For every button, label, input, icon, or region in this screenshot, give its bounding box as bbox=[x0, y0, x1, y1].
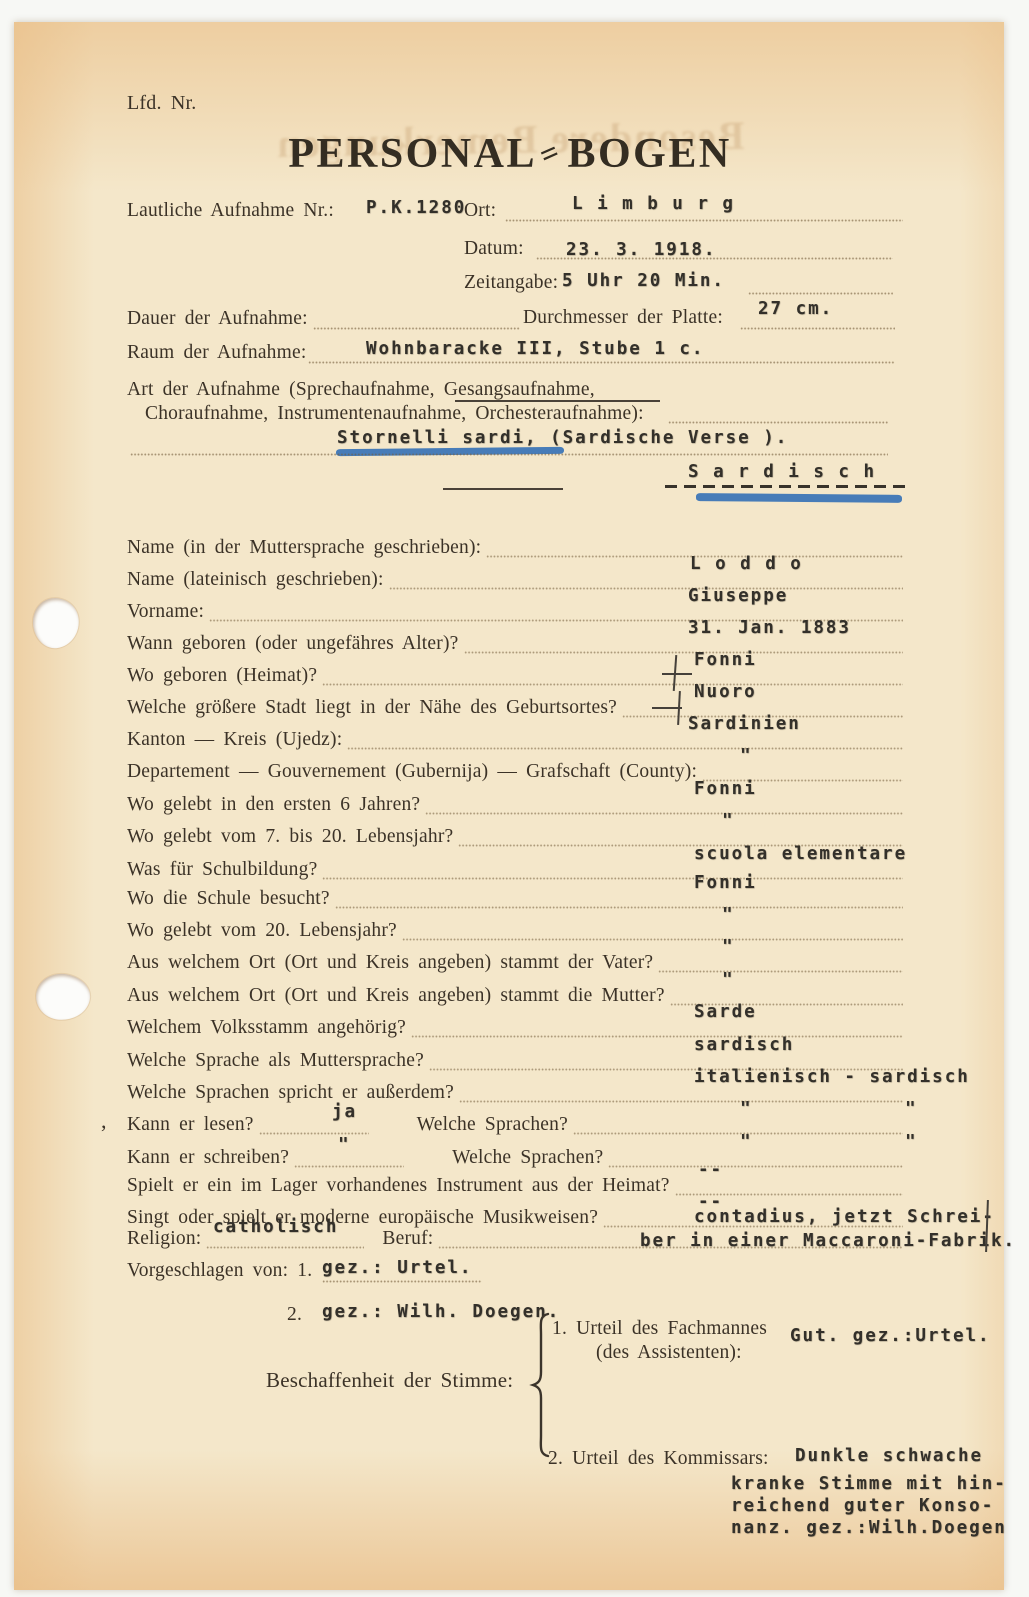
field-label-8: Departement — Gouvernement (Gubernija) —… bbox=[127, 761, 697, 782]
field-label2-20: Welche Sprachen? bbox=[452, 1147, 603, 1168]
field-label-14: Aus welchem Ort (Ort und Kreis angeben) … bbox=[127, 952, 653, 973]
field-answer-13: " bbox=[722, 905, 735, 925]
datum-value: 23. 3. 1918. bbox=[566, 240, 716, 260]
field-answer-17: sardisch bbox=[694, 1035, 794, 1055]
durchmesser-dotted-line bbox=[740, 327, 895, 330]
field-answer-21: -- bbox=[698, 1160, 723, 1180]
curly-brace bbox=[530, 1312, 552, 1458]
kommissar-label: 2. Urteil des Kommissars: bbox=[548, 1448, 769, 1470]
art-value: Stornelli sardi, (Sardische Verse ). bbox=[337, 428, 788, 448]
scanned-form-page: { "page": { "lfd_nr": "Lfd. Nr.", "ghost… bbox=[0, 0, 1029, 1597]
field-label-3: Vorname: bbox=[127, 601, 204, 622]
form-row-15: Aus welchem Ort (Ort und Kreis angeben) … bbox=[127, 981, 903, 1006]
page-title-right: BOGEN bbox=[567, 131, 731, 177]
field-label-20: Kann er schreiben? bbox=[127, 1147, 289, 1168]
field-answer-7: Sardinien bbox=[688, 714, 801, 734]
field-answer-5: Fonni bbox=[694, 650, 757, 670]
field-answer-12: Fonni bbox=[694, 873, 757, 893]
field-answer-14: " bbox=[722, 937, 735, 957]
form-row-19: Kann er lesen?Welche Sprachen? bbox=[127, 1110, 903, 1135]
field-inline-answer-20: " bbox=[338, 1135, 351, 1155]
vorgeschlagen-value2: gez.: Wilh. Doegen. bbox=[322, 1302, 560, 1322]
field-answer-15: " bbox=[722, 970, 735, 990]
fachmann-label-line2: (des Assistenten): bbox=[596, 1342, 742, 1364]
field-label-2: Name (lateinisch geschrieben): bbox=[127, 569, 384, 590]
field-answer2-20: " bbox=[905, 1132, 918, 1152]
field-answer-10: " bbox=[722, 811, 735, 831]
form-row-13: Wo gelebt vom 20. Lebensjahr? bbox=[127, 916, 903, 941]
field-dotted-line-20 bbox=[608, 1148, 903, 1168]
field-dotted-line-14 bbox=[658, 953, 903, 973]
gesangsaufnahme-underline bbox=[455, 400, 660, 402]
field-answer2-19: " bbox=[905, 1099, 918, 1119]
form-row-9: Wo gelebt in den ersten 6 Jahren? bbox=[127, 790, 903, 815]
religion-value: catholisch bbox=[213, 1217, 338, 1237]
raum-dotted-line bbox=[308, 361, 895, 364]
field-answer-19: " bbox=[740, 1099, 753, 1119]
art-label-line2: Choraufnahme, Instrumentenaufnahme, Orch… bbox=[145, 403, 644, 425]
zeitangabe-label: Zeitangabe: bbox=[464, 272, 558, 294]
fachmann-label-line1: 1. Urteil des Fachmannes bbox=[552, 1318, 767, 1340]
ort-dotted-line bbox=[505, 219, 903, 222]
field-dotted-line-2 bbox=[389, 570, 903, 590]
field-label-5: Wo geboren (Heimat)? bbox=[127, 665, 317, 686]
dauer-dotted-line bbox=[313, 327, 520, 330]
kommissar-value-line4: nanz. gez.:Wilh.Doegen bbox=[731, 1518, 1007, 1538]
field-label-7: Kanton — Kreis (Ujedz): bbox=[127, 729, 342, 750]
field-dotted-line-9 bbox=[425, 795, 903, 815]
kommissar-value-line3: reichend guter Konso- bbox=[731, 1496, 994, 1516]
durchmesser-label: Durchmesser der Platte: bbox=[523, 307, 723, 329]
field-answer-18: italienisch - sardisch bbox=[694, 1067, 970, 1087]
lfd-nr-label: Lfd. Nr. bbox=[127, 92, 196, 115]
form-row-5: Wo geboren (Heimat)? bbox=[127, 661, 903, 686]
raum-label: Raum der Aufnahme: bbox=[127, 342, 306, 364]
pen-tee-icon bbox=[652, 707, 682, 709]
ort-label: Ort: bbox=[464, 200, 496, 222]
art-dotted-line-full bbox=[130, 453, 888, 456]
zeitangabe-value: 5 Uhr 20 Min. bbox=[562, 271, 725, 291]
beschaffenheit-label: Beschaffenheit der Stimme: bbox=[266, 1368, 513, 1392]
field-dotted-line-13 bbox=[402, 921, 903, 941]
field-answer-2: L o d d o bbox=[690, 554, 803, 574]
field-label-1: Name (in der Muttersprache geschrieben): bbox=[127, 537, 481, 558]
field-label2-19: Welche Sprachen? bbox=[417, 1114, 568, 1135]
datum-label: Datum: bbox=[464, 238, 524, 260]
fachmann-value: Gut. gez.:Urtel. bbox=[790, 1326, 991, 1346]
pen-cross-icon bbox=[662, 673, 692, 675]
field-label-15: Aus welchem Ort (Ort und Kreis angeben) … bbox=[127, 985, 665, 1006]
punch-hole-bottom bbox=[34, 971, 93, 1022]
form-row-20: Kann er schreiben?Welche Sprachen? bbox=[127, 1143, 903, 1168]
religion-label: Religion: bbox=[127, 1228, 201, 1249]
field-label-19: Kann er lesen? bbox=[127, 1114, 254, 1135]
form-row-21: Spielt er ein im Lager vorhandenes Instr… bbox=[127, 1171, 903, 1196]
language-value: S a r d i s c h bbox=[688, 462, 876, 482]
field-label-12: Wo die Schule besucht? bbox=[127, 888, 330, 909]
field-label-13: Wo gelebt vom 20. Lebensjahr? bbox=[127, 920, 397, 941]
beruf-value-line1: contadius, jetzt Schrei- bbox=[694, 1207, 995, 1227]
vorgeschlagen-value1: gez.: Urtel. bbox=[322, 1258, 472, 1278]
vorgeschlagen-num2: 2. bbox=[287, 1304, 302, 1326]
field-dotted-line-5 bbox=[322, 666, 903, 686]
page-title-left: PERSONAL bbox=[288, 131, 537, 177]
field-answer-6: Nuoro bbox=[694, 682, 757, 702]
vorgeschlagen-label: Vorgeschlagen von: 1. bbox=[127, 1260, 312, 1282]
raum-value: Wohnbaracke III, Stube 1 c. bbox=[366, 339, 704, 359]
field-dotted-line-7 bbox=[347, 730, 903, 750]
field-label-16: Welchem Volksstamm angehörig? bbox=[127, 1017, 406, 1038]
beruf-label: Beruf: bbox=[382, 1228, 433, 1249]
field-label-11: Was für Schulbildung? bbox=[127, 859, 317, 880]
form-row-12: Wo die Schule besucht? bbox=[127, 884, 903, 909]
field-label-6: Welche größere Stadt liegt in der Nähe d… bbox=[127, 697, 617, 718]
form-row-14: Aus welchem Ort (Ort und Kreis angeben) … bbox=[127, 948, 903, 973]
typed-dash-underline bbox=[665, 485, 910, 488]
page-title: PERSONAL=BOGEN bbox=[280, 130, 740, 178]
field-dotted-line-16 bbox=[411, 1018, 903, 1038]
field-answer-16: Sarde bbox=[694, 1002, 757, 1022]
margin-comma-mark: , bbox=[101, 1108, 107, 1133]
field-answer-8: " bbox=[740, 746, 753, 766]
double-hyphen-glyph: = bbox=[534, 133, 567, 174]
field-label-17: Welche Sprache als Muttersprache? bbox=[127, 1050, 424, 1071]
field-label-21: Spielt er ein im Lager vorhandenes Instr… bbox=[127, 1175, 670, 1196]
durchmesser-value: 27 cm. bbox=[758, 299, 833, 319]
field-label-18: Welche Sprachen spricht er außerdem? bbox=[127, 1082, 454, 1103]
field-dotted-line-19 bbox=[573, 1115, 903, 1135]
ort-value: L i m b u r g bbox=[572, 194, 735, 214]
field-label-4: Wann geboren (oder ungefähres Alter)? bbox=[127, 633, 459, 654]
aufnahme-nr-value: P.K.1280 bbox=[366, 198, 466, 218]
vorgeschlagen-dotted-line bbox=[322, 1280, 482, 1283]
field-answer-20: " bbox=[740, 1132, 753, 1152]
short-rule-line bbox=[443, 488, 563, 490]
kommissar-value-line2: kranke Stimme mit hin- bbox=[731, 1474, 1007, 1494]
kommissar-value-line1: Dunkle schwache bbox=[795, 1446, 983, 1466]
field-dotted-line-12 bbox=[335, 889, 903, 909]
beruf-value-line2: ber in einer Maccaroni-Fabrik. bbox=[640, 1231, 1016, 1251]
form-row-8: Departement — Gouvernement (Gubernija) —… bbox=[127, 757, 903, 782]
art-dotted-line bbox=[668, 421, 888, 424]
field-label-9: Wo gelebt in den ersten 6 Jahren? bbox=[127, 794, 420, 815]
field-inline-answer-19: ja bbox=[332, 1102, 357, 1122]
dauer-label: Dauer der Aufnahme: bbox=[127, 308, 308, 330]
field-answer-4: 31. Jan. 1883 bbox=[688, 618, 851, 638]
art-label-line1: Art der Aufnahme (Sprechaufnahme, Gesang… bbox=[127, 379, 595, 401]
field-answer-3: Giuseppe bbox=[688, 586, 788, 606]
field-label-10: Wo gelebt vom 7. bis 20. Lebensjahr? bbox=[127, 826, 453, 847]
zeitangabe-dotted-line bbox=[748, 292, 893, 295]
punch-hole-top bbox=[30, 595, 83, 651]
field-answer-9: Fonni bbox=[694, 779, 757, 799]
field-answer-11: scuola elementare bbox=[694, 844, 907, 864]
aufnahme-nr-label: Lautliche Aufnahme Nr.: bbox=[127, 200, 334, 222]
